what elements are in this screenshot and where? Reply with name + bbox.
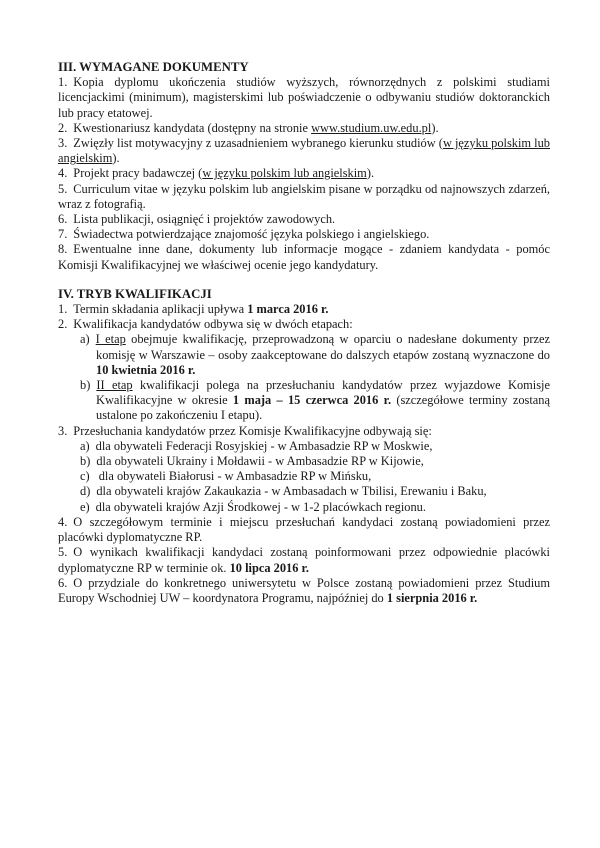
qual-item-4-5: 5.O wynikach kwalifikacji kandydaci zost… <box>58 545 550 575</box>
doc-item-3-5: 5.Curriculum vitae w języku polskim lub … <box>58 182 550 212</box>
doc-item-3-8: 8.Ewentualne inne dane, dokumenty lub in… <box>58 242 550 272</box>
qual-item-4-3: 3.Przesłuchania kandydatów przez Komisje… <box>58 424 550 439</box>
qual-item-4-3e: e)dla obywateli krajów Azji Środkowej - … <box>58 500 550 515</box>
qual-item-4-2: 2.Kwalifikacja kandydatów odbywa się w d… <box>58 317 550 332</box>
qual-item-4-3d: d)dla obywateli krajów Zakaukazia - w Am… <box>58 484 550 499</box>
doc-item-3-6: 6.Lista publikacji, osiągnięć i projektó… <box>58 212 550 227</box>
section-4-title: IV. TRYB KWALIFIKACJI <box>58 287 550 302</box>
qual-item-4-3b: b)dla obywateli Ukrainy i Mołdawii - w A… <box>58 454 550 469</box>
section-gap <box>58 273 550 287</box>
qual-item-4-2a: a)I etap obejmuje kwalifikację, przeprow… <box>58 332 550 378</box>
qual-item-4-4: 4.O szczegółowym terminie i miejscu prze… <box>58 515 550 545</box>
doc-item-3-3: 3.Zwięzły list motywacyjny z uzasadnieni… <box>58 136 550 166</box>
qual-item-4-1: 1.Termin składania aplikacji upływa 1 ma… <box>58 302 550 317</box>
doc-item-3-7: 7.Świadectwa potwierdzające znajomość ję… <box>58 227 550 242</box>
qual-item-4-6: 6.O przydziale do konkretnego uniwersyte… <box>58 576 550 606</box>
qual-item-4-3a: a)dla obywateli Federacji Rosyjskiej - w… <box>58 439 550 454</box>
qual-item-4-2b: b)II etap kwalifikacji polega na przesłu… <box>58 378 550 424</box>
doc-item-3-1: 1.Kopia dyplomu ukończenia studiów wyższ… <box>58 75 550 121</box>
section-3-title: III. WYMAGANE DOKUMENTY <box>58 60 550 75</box>
doc-item-3-2: 2.Kwestionariusz kandydata (dostępny na … <box>58 121 550 136</box>
qual-item-4-3c: c) dla obywateli Białorusi - w Ambasadzi… <box>58 469 550 484</box>
website-link[interactable]: www.studium.uw.edu.pl <box>311 121 431 135</box>
document-page: III. WYMAGANE DOKUMENTY 1.Kopia dyplomu … <box>58 60 550 606</box>
doc-item-3-4: 4.Projekt pracy badawczej (w języku pols… <box>58 166 550 181</box>
